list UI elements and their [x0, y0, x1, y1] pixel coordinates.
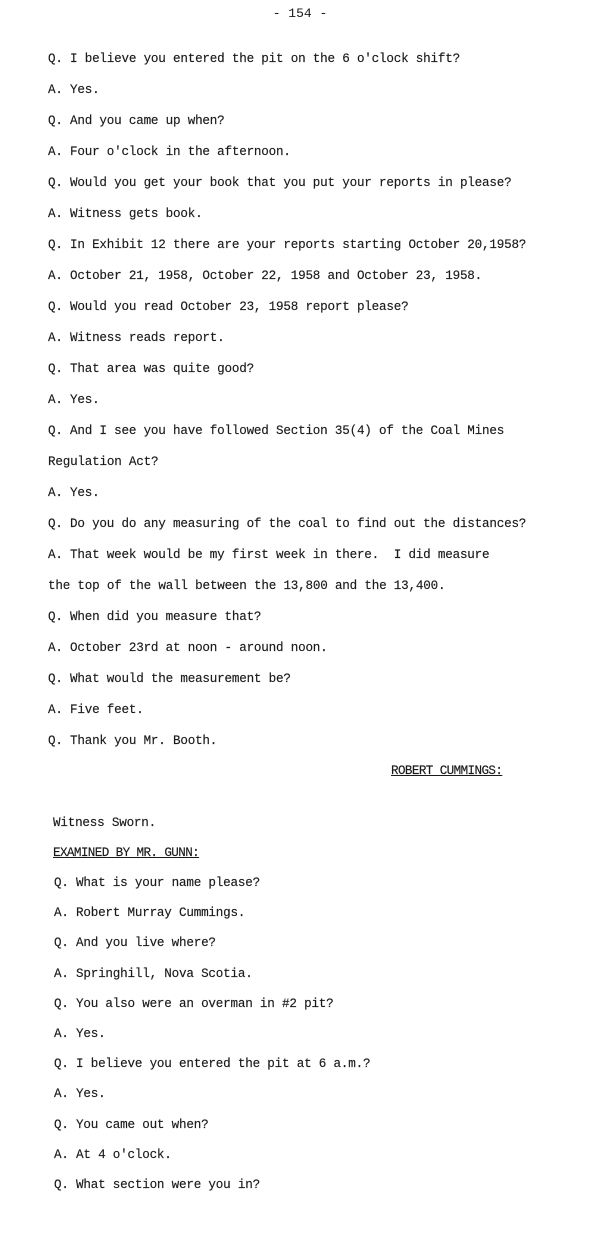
transcript-line: A.Yes. — [48, 83, 99, 97]
speaker-label: A. — [48, 548, 70, 562]
transcript-line: A.October 21, 1958, October 22, 1958 and… — [48, 269, 482, 283]
witness-sworn: Witness Sworn. — [53, 816, 156, 830]
transcript-line: Q.What would the measurement be? — [48, 672, 291, 686]
line-text: Witness reads report. — [70, 331, 225, 345]
speaker-label: A. — [54, 906, 76, 920]
transcript-line: Q.That area was quite good? — [48, 362, 254, 376]
transcript-line: Q.Would you read October 23, 1958 report… — [48, 300, 408, 314]
line-text: What section were you in? — [76, 1178, 260, 1192]
line-text: Regulation Act? — [48, 455, 158, 469]
line-text: Thank you Mr. Booth. — [70, 734, 217, 748]
line-text: You also were an overman in #2 pit? — [76, 997, 334, 1011]
line-text: Would you get your book that you put you… — [70, 176, 511, 190]
speaker-label: Q. — [48, 300, 70, 314]
speaker-label: A. — [48, 145, 70, 159]
line-text: Five feet. — [70, 703, 144, 717]
line-text: That week would be my first week in ther… — [70, 548, 489, 562]
transcript-line: Q.And you came up when? — [48, 114, 225, 128]
speaker-label: A. — [48, 269, 70, 283]
speaker-label: A. — [48, 703, 70, 717]
transcript-line: A.Robert Murray Cummings. — [54, 906, 245, 920]
transcript-line: A.At 4 o'clock. — [54, 1148, 172, 1162]
speaker-label: A. — [48, 331, 70, 345]
line-text: Yes. — [76, 1027, 105, 1041]
line-text: When did you measure that? — [70, 610, 261, 624]
transcript-line: A.October 23rd at noon - around noon. — [48, 641, 328, 655]
transcript-line: Q.What section were you in? — [54, 1178, 260, 1192]
line-text: In Exhibit 12 there are your reports sta… — [70, 238, 526, 252]
speaker-label: Q. — [48, 734, 70, 748]
transcript-line: Q.Do you do any measuring of the coal to… — [48, 517, 526, 531]
witness-heading: ROBERT CUMMINGS: — [391, 764, 502, 778]
line-text: October 23rd at noon - around noon. — [70, 641, 328, 655]
transcript-line: A.Witness gets book. — [48, 207, 202, 221]
transcript-line: Q.You also were an overman in #2 pit? — [54, 997, 334, 1011]
line-text: Would you read October 23, 1958 report p… — [70, 300, 408, 314]
line-text: You came out when? — [76, 1118, 208, 1132]
transcript-line: Q.Would you get your book that you put y… — [48, 176, 511, 190]
speaker-label: Q. — [54, 1178, 76, 1192]
transcript-line: the top of the wall between the 13,800 a… — [48, 579, 445, 593]
speaker-label: Q. — [48, 672, 70, 686]
line-text: And you came up when? — [70, 114, 225, 128]
transcript-line: A.Witness reads report. — [48, 331, 225, 345]
line-text: October 21, 1958, October 22, 1958 and O… — [70, 269, 482, 283]
transcript-line: Q.In Exhibit 12 there are your reports s… — [48, 238, 526, 252]
speaker-label: A. — [54, 1087, 76, 1101]
speaker-label: A. — [54, 1027, 76, 1041]
speaker-label: Q. — [48, 238, 70, 252]
line-text: Robert Murray Cummings. — [76, 906, 245, 920]
line-text: I believe you entered the pit on the 6 o… — [70, 52, 460, 66]
line-text: And you live where? — [76, 936, 216, 950]
transcript-line: Q.I believe you entered the pit on the 6… — [48, 52, 460, 66]
line-text: At 4 o'clock. — [76, 1148, 172, 1162]
line-text: Do you do any measuring of the coal to f… — [70, 517, 526, 531]
speaker-label: Q. — [54, 1057, 76, 1071]
transcript-line: A.Four o'clock in the afternoon. — [48, 145, 291, 159]
page-number: - 154 - — [0, 6, 600, 21]
speaker-label: A. — [48, 641, 70, 655]
speaker-label: Q. — [54, 1118, 76, 1132]
examiner-heading: EXAMINED BY MR. GUNN: — [53, 846, 199, 860]
line-text: And I see you have followed Section 35(4… — [70, 424, 504, 438]
transcript-line: Q.What is your name please? — [54, 876, 260, 890]
speaker-label: A. — [54, 967, 76, 981]
speaker-label: A. — [48, 393, 70, 407]
transcript-line: Q.And I see you have followed Section 35… — [48, 424, 504, 438]
speaker-label: Q. — [48, 114, 70, 128]
transcript-line: Q.Thank you Mr. Booth. — [48, 734, 217, 748]
line-text: the top of the wall between the 13,800 a… — [48, 579, 445, 593]
line-text: Springhill, Nova Scotia. — [76, 967, 253, 981]
line-text: Yes. — [70, 83, 99, 97]
speaker-label: Q. — [48, 362, 70, 376]
speaker-label: A. — [54, 1148, 76, 1162]
transcript-line: A.Springhill, Nova Scotia. — [54, 967, 253, 981]
document-page: - 154 - Q.I believe you entered the pit … — [0, 0, 600, 1238]
line-text: Yes. — [76, 1087, 105, 1101]
line-text: Witness gets book. — [70, 207, 202, 221]
transcript-line: A.That week would be my first week in th… — [48, 548, 489, 562]
line-text: What is your name please? — [76, 876, 260, 890]
line-text: Yes. — [70, 393, 99, 407]
speaker-label: Q. — [48, 176, 70, 190]
line-text: I believe you entered the pit at 6 a.m.? — [76, 1057, 370, 1071]
transcript-line: Q.When did you measure that? — [48, 610, 261, 624]
transcript-line: A.Five feet. — [48, 703, 144, 717]
transcript-line: A.Yes. — [48, 486, 99, 500]
speaker-label: Q. — [54, 876, 76, 890]
transcript-line: A.Yes. — [54, 1087, 105, 1101]
speaker-label: A. — [48, 207, 70, 221]
speaker-label: Q. — [54, 936, 76, 950]
transcript-line: A.Yes. — [54, 1027, 105, 1041]
line-text: Yes. — [70, 486, 99, 500]
transcript-line: Q.I believe you entered the pit at 6 a.m… — [54, 1057, 370, 1071]
transcript-line: Regulation Act? — [48, 455, 158, 469]
transcript-line: Q.You came out when? — [54, 1118, 208, 1132]
line-text: Four o'clock in the afternoon. — [70, 145, 291, 159]
speaker-label: Q. — [48, 52, 70, 66]
speaker-label: A. — [48, 83, 70, 97]
transcript-line: A.Yes. — [48, 393, 99, 407]
speaker-label: A. — [48, 486, 70, 500]
line-text: What would the measurement be? — [70, 672, 291, 686]
speaker-label: Q. — [48, 517, 70, 531]
speaker-label: Q. — [48, 424, 70, 438]
speaker-label: Q. — [48, 610, 70, 624]
line-text: That area was quite good? — [70, 362, 254, 376]
speaker-label: Q. — [54, 997, 76, 1011]
transcript-line: Q.And you live where? — [54, 936, 216, 950]
